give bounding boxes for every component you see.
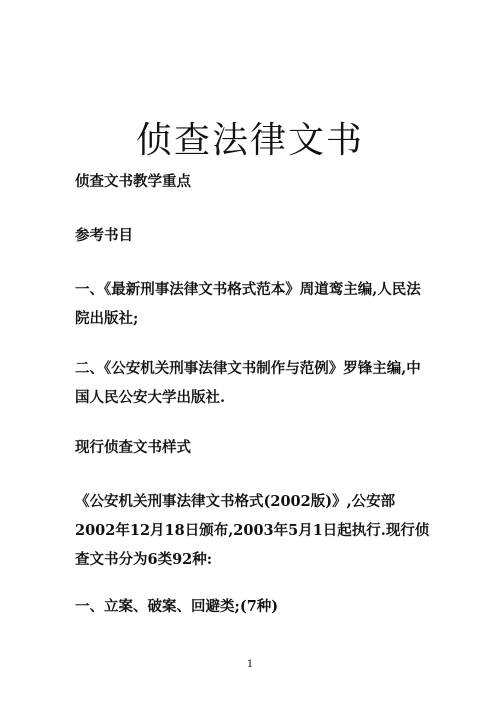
paragraph-category-1: 一、立案、破案、回避类;(7种) xyxy=(75,592,435,621)
paragraph-format-description: 《公安机关刑事法律文书格式(2002版)》,公安部2002年12月18日颁布,2… xyxy=(75,487,435,574)
document-title: 侦查法律文书 xyxy=(0,112,500,163)
paragraph-reference-2: 二、《公安机关刑事法律文书制作与范例》罗锋主编,中国人民公安大学出版社. xyxy=(75,354,435,412)
page-number: 1 xyxy=(0,659,500,670)
paragraph-references-heading: 参考书目 xyxy=(75,221,435,250)
paragraph-current-formats-heading: 现行侦查文书样式 xyxy=(75,433,435,462)
paragraph-teaching-focus: 侦查文书教学重点 xyxy=(75,167,435,196)
paragraph-reference-1: 一、《最新刑事法律文书格式范本》周道鸾主编,人民法院出版社; xyxy=(75,275,435,333)
